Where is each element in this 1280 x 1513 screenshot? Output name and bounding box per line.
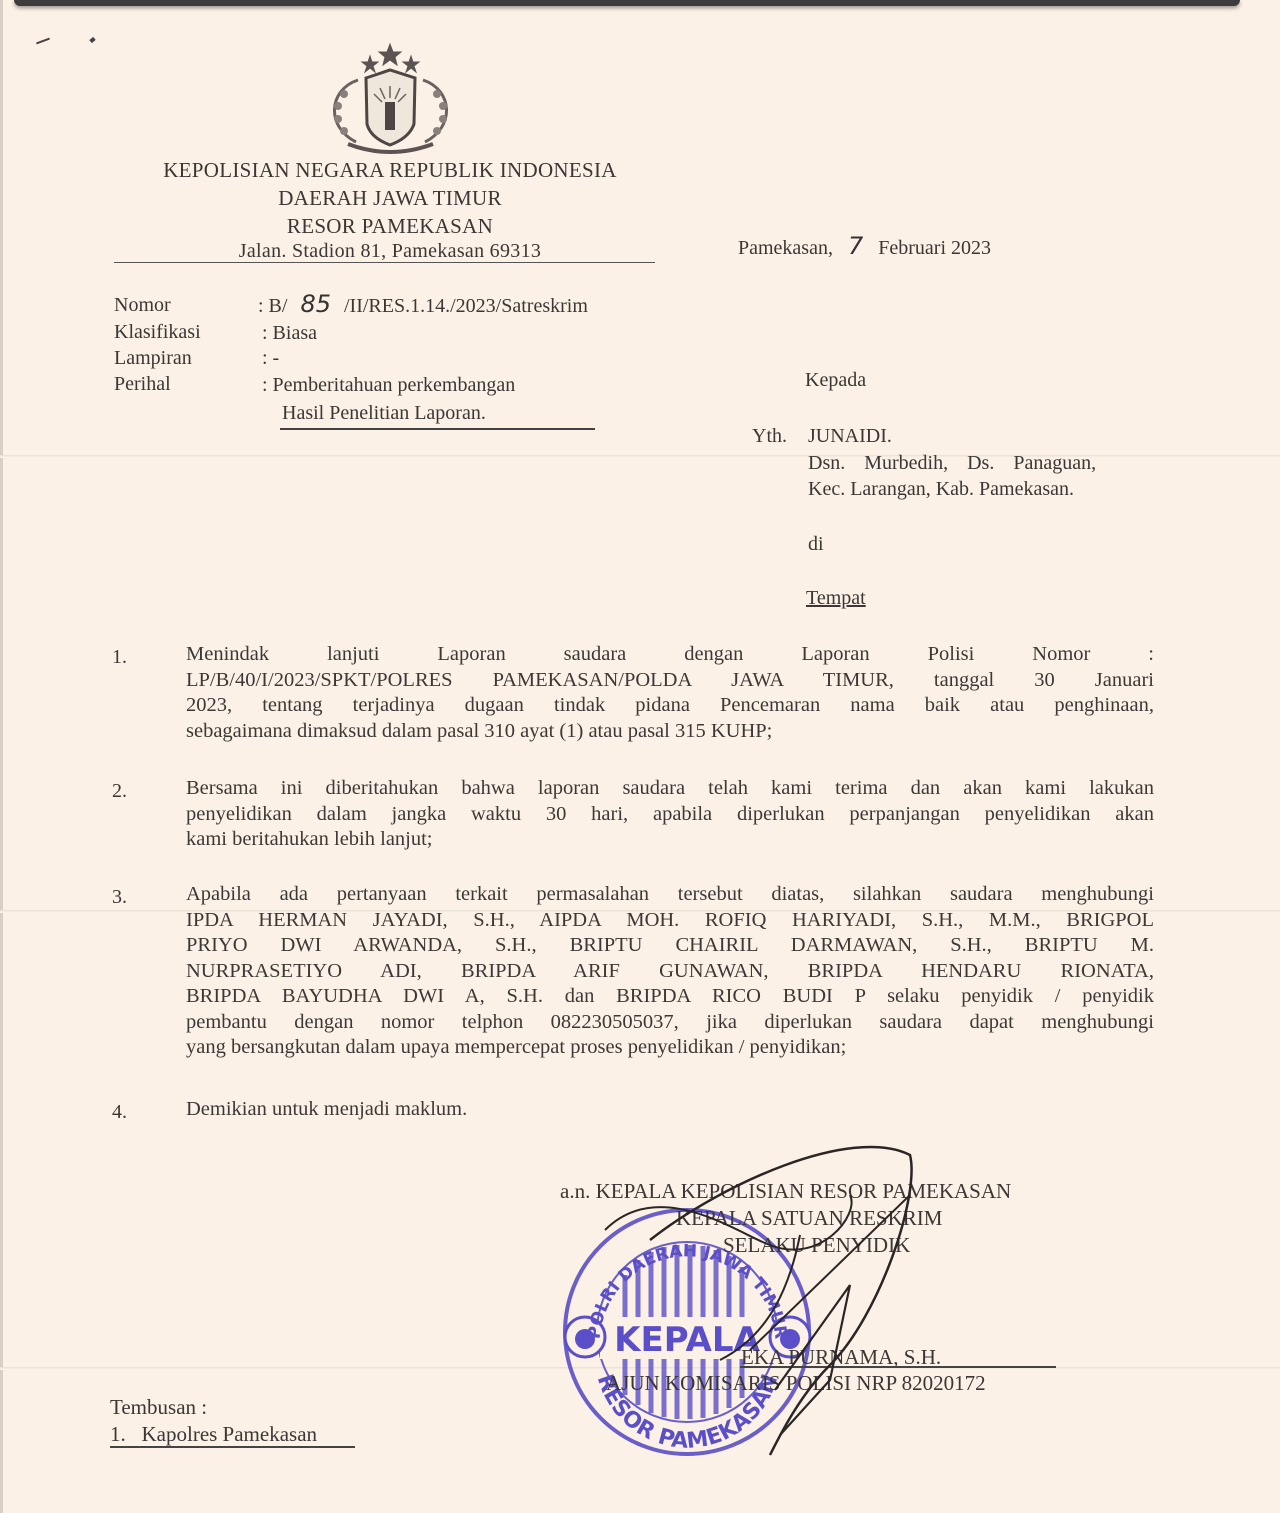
paragraph-number: 3. bbox=[112, 886, 127, 909]
paragraph-3: Apabila ada pertanyaan terkait permasala… bbox=[186, 882, 1154, 1061]
paragraph-1: Menindak lanjuti Laporan saudara dengan … bbox=[186, 642, 1154, 744]
recipient-address-line1: Dsn. Murbedih, Ds. Panaguan, bbox=[808, 452, 1096, 475]
window-top-bar bbox=[14, 0, 1240, 6]
page-edge bbox=[0, 0, 3, 1513]
recipient-address-line2: Kec. Larangan, Kab. Pamekasan. bbox=[808, 478, 1074, 501]
perihal-value-line1: : Pemberitahuan perkembangan bbox=[262, 374, 515, 397]
letterhead-divider bbox=[114, 262, 655, 263]
tembusan-underline bbox=[110, 1446, 355, 1448]
paragraph-line: Demikian untuk menjadi maklum. bbox=[186, 1097, 1154, 1123]
paragraph-line: yang bersangkutan dalam upaya mempercepa… bbox=[186, 1035, 1154, 1061]
paragraph-2: Bersama ini diberitahukan bahwa laporan … bbox=[186, 776, 1154, 853]
paragraph-line: PRIYO DWI ARWANDA, S.H., BRIPTU CHAIRIL … bbox=[186, 933, 1154, 959]
paragraph-line: IPDA HERMAN JAYADI, S.H., AIPDA MOH. ROF… bbox=[186, 908, 1154, 934]
yth-label: Yth. bbox=[752, 425, 787, 448]
paragraph-line: Apabila ada pertanyaan terkait permasala… bbox=[186, 882, 1154, 908]
klasifikasi-label: Klasifikasi bbox=[114, 321, 201, 344]
nomor-prefix: : B/ bbox=[258, 295, 287, 317]
letter-date: Pamekasan, 7 Februari 2023 bbox=[738, 232, 991, 260]
paragraph-line: LP/B/40/I/2023/SPKT/POLRES PAMEKASAN/POL… bbox=[186, 668, 1154, 694]
paragraph-line: 2023, tentang terjadinya dugaan tindak p… bbox=[186, 693, 1154, 719]
tembusan-item: 1. Kapolres Pamekasan bbox=[110, 1422, 317, 1447]
nomor-suffix: /II/RES.1.14./2023/Satreskrim bbox=[344, 295, 588, 317]
date-place: Pamekasan, bbox=[738, 237, 833, 259]
lampiran-value: : - bbox=[262, 347, 279, 370]
ink-mark bbox=[36, 38, 50, 45]
recipient-tempat: Tempat bbox=[806, 587, 866, 610]
perihal-value-line2: Hasil Penelitian Laporan. bbox=[282, 402, 486, 425]
paragraph-line: penyelidikan dalam jangka waktu 30 hari,… bbox=[186, 802, 1154, 828]
perihal-underline bbox=[280, 428, 595, 430]
klasifikasi-value: : Biasa bbox=[262, 322, 317, 345]
tembusan-label: Tembusan : bbox=[110, 1395, 207, 1420]
recipient-name: JUNAIDI. bbox=[808, 425, 892, 448]
letterhead-line2: DAERAH JAWA TIMUR bbox=[110, 186, 670, 211]
date-day: 7 bbox=[848, 232, 863, 260]
paragraph-4: Demikian untuk menjadi maklum. bbox=[186, 1097, 1154, 1123]
kepada-label: Kepada bbox=[805, 369, 866, 392]
paragraph-number: 4. bbox=[112, 1101, 127, 1124]
letterhead-line1: KEPOLISIAN NEGARA REPUBLIK INDONESIA bbox=[110, 158, 670, 183]
paragraph-line: Menindak lanjuti Laporan saudara dengan … bbox=[186, 642, 1154, 668]
nomor-value: : B/ 85 /II/RES.1.14./2023/Satreskrim bbox=[258, 290, 588, 318]
ink-mark bbox=[89, 37, 95, 43]
date-month-year: Februari 2023 bbox=[878, 237, 991, 259]
perihal-label: Perihal bbox=[114, 373, 171, 396]
paragraph-line: sebagaimana dimaksud dalam pasal 310 aya… bbox=[186, 719, 1154, 745]
letterhead-address: Jalan. Stadion 81, Pamekasan 69313 bbox=[110, 240, 670, 263]
paragraph-line: pembantu dengan nomor telphon 0822305050… bbox=[186, 1010, 1154, 1036]
paragraph-number: 2. bbox=[112, 780, 127, 803]
recipient-di: di bbox=[808, 533, 824, 556]
paragraph-line: Bersama ini diberitahukan bahwa laporan … bbox=[186, 776, 1154, 802]
paragraph-line: BRIPDA BAYUDHA DWI A, S.H. dan BRIPDA RI… bbox=[186, 984, 1154, 1010]
lampiran-label: Lampiran bbox=[114, 347, 192, 370]
paragraph-number: 1. bbox=[112, 646, 127, 669]
paragraph-line: NURPRASETIYO ADI, BRIPDA ARIF GUNAWAN, B… bbox=[186, 959, 1154, 985]
police-emblem-icon bbox=[318, 42, 463, 157]
letterhead-line3: RESOR PAMEKASAN bbox=[110, 214, 670, 239]
paragraph-line: kami beritahukan lebih lanjut; bbox=[186, 827, 1154, 853]
nomor-label: Nomor bbox=[114, 294, 171, 317]
handwritten-signature bbox=[600, 1135, 920, 1465]
nomor-number: 85 bbox=[300, 290, 331, 318]
